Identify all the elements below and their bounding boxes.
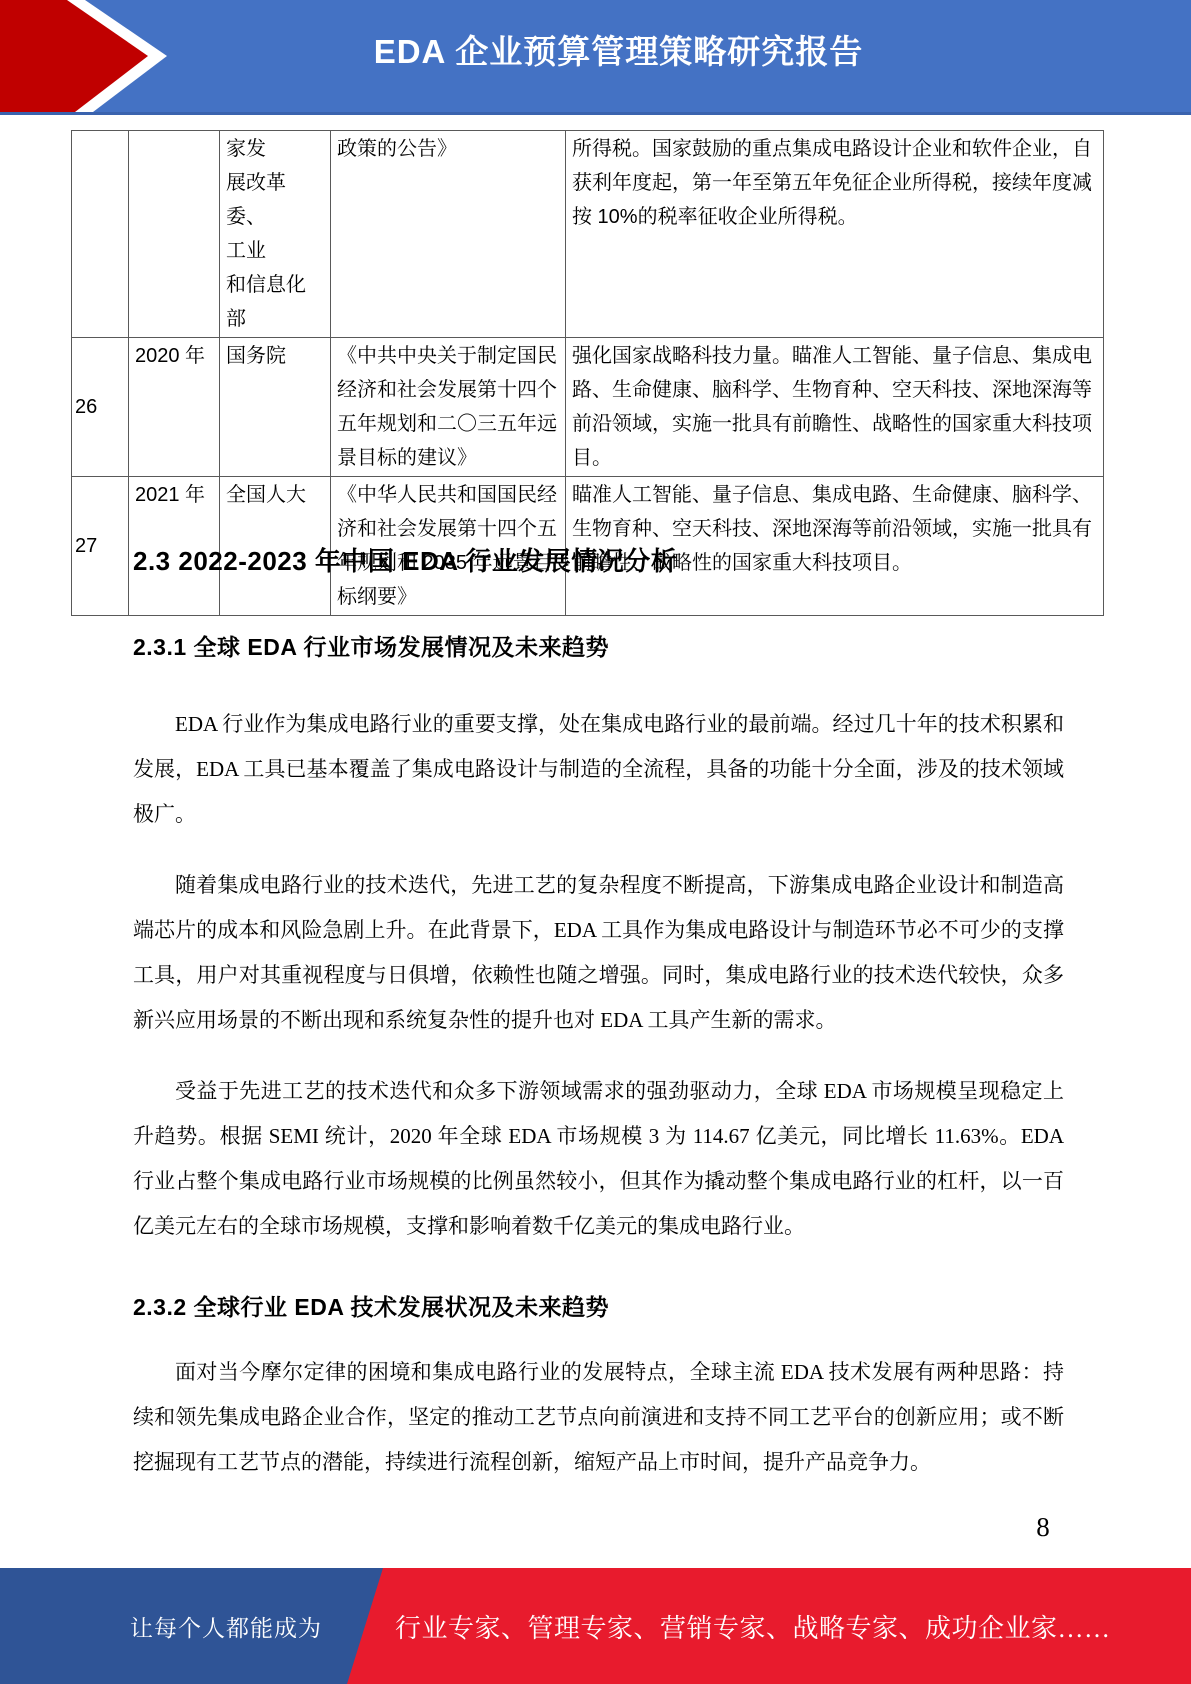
- cell-agency: 家发 展改革委、 工业 和信息化部: [220, 131, 331, 338]
- table-row: 家发 展改革委、 工业 和信息化部 政策的公告》 所得税。国家鼓励的重点集成电路…: [72, 131, 1104, 338]
- cell-index: 26: [72, 338, 129, 477]
- section-heading-2-3: 2.3 2022-2023 年中国 EDA 行业发展情况分析: [133, 543, 1064, 579]
- footer-banner: 让每个人都能成为 行业专家、管理专家、营销专家、战略专家、成功企业家……: [0, 1568, 1191, 1684]
- paragraph: EDA 行业作为集成电路行业的重要支撑，处在集成电路行业的最前端。经过几十年的技…: [133, 702, 1064, 837]
- section-heading-2-3-1: 2.3.1 全球 EDA 行业市场发展情况及未来趋势: [133, 631, 1064, 664]
- cell-policy: 《中共中央关于制定国民经济和社会发展第十四个五年规划和二〇三五年远景目标的建议》: [331, 338, 566, 477]
- footer-slogan-right: 行业专家、管理专家、营销专家、战略专家、成功企业家……: [395, 1568, 1171, 1684]
- header-banner: EDA 企业预算管理策略研究报告: [0, 0, 1191, 115]
- section-heading-2-3-2: 2.3.2 全球行业 EDA 技术发展状况及未来趋势: [133, 1291, 1064, 1324]
- cell-content: 强化国家战略科技力量。瞄准人工智能、量子信息、集成电路、生命健康、脑科学、生物育…: [566, 338, 1104, 477]
- body-content: 2.3 2022-2023 年中国 EDA 行业发展情况分析 2.3.1 全球 …: [133, 543, 1064, 1485]
- table-row: 26 2020 年 国务院 《中共中央关于制定国民经济和社会发展第十四个五年规划…: [72, 338, 1104, 477]
- cell-year: [129, 131, 220, 338]
- cell-policy: 政策的公告》: [331, 131, 566, 338]
- cell-index: 27: [72, 477, 129, 616]
- cell-agency: 国务院: [220, 338, 331, 477]
- report-title: EDA 企业预算管理策略研究报告: [0, 0, 1191, 98]
- report-page: EDA 企业预算管理策略研究报告 家发 展改革委、 工业 和信息化部 政策的公告…: [0, 0, 1191, 1684]
- paragraph: 随着集成电路行业的技术迭代，先进工艺的复杂程度不断提高，下游集成电路企业设计和制…: [133, 863, 1064, 1043]
- paragraph: 受益于先进工艺的技术迭代和众多下游领域需求的强劲驱动力，全球 EDA 市场规模呈…: [133, 1069, 1064, 1249]
- page-number: 8: [1028, 1512, 1058, 1543]
- footer-slogan-left: 让每个人都能成为: [0, 1568, 322, 1684]
- cell-year: 2020 年: [129, 338, 220, 477]
- cell-index: [72, 131, 129, 338]
- cell-content: 所得税。国家鼓励的重点集成电路设计企业和软件企业，自获利年度起，第一年至第五年免…: [566, 131, 1104, 338]
- paragraph: 面对当今摩尔定律的困境和集成电路行业的发展特点，全球主流 EDA 技术发展有两种…: [133, 1350, 1064, 1485]
